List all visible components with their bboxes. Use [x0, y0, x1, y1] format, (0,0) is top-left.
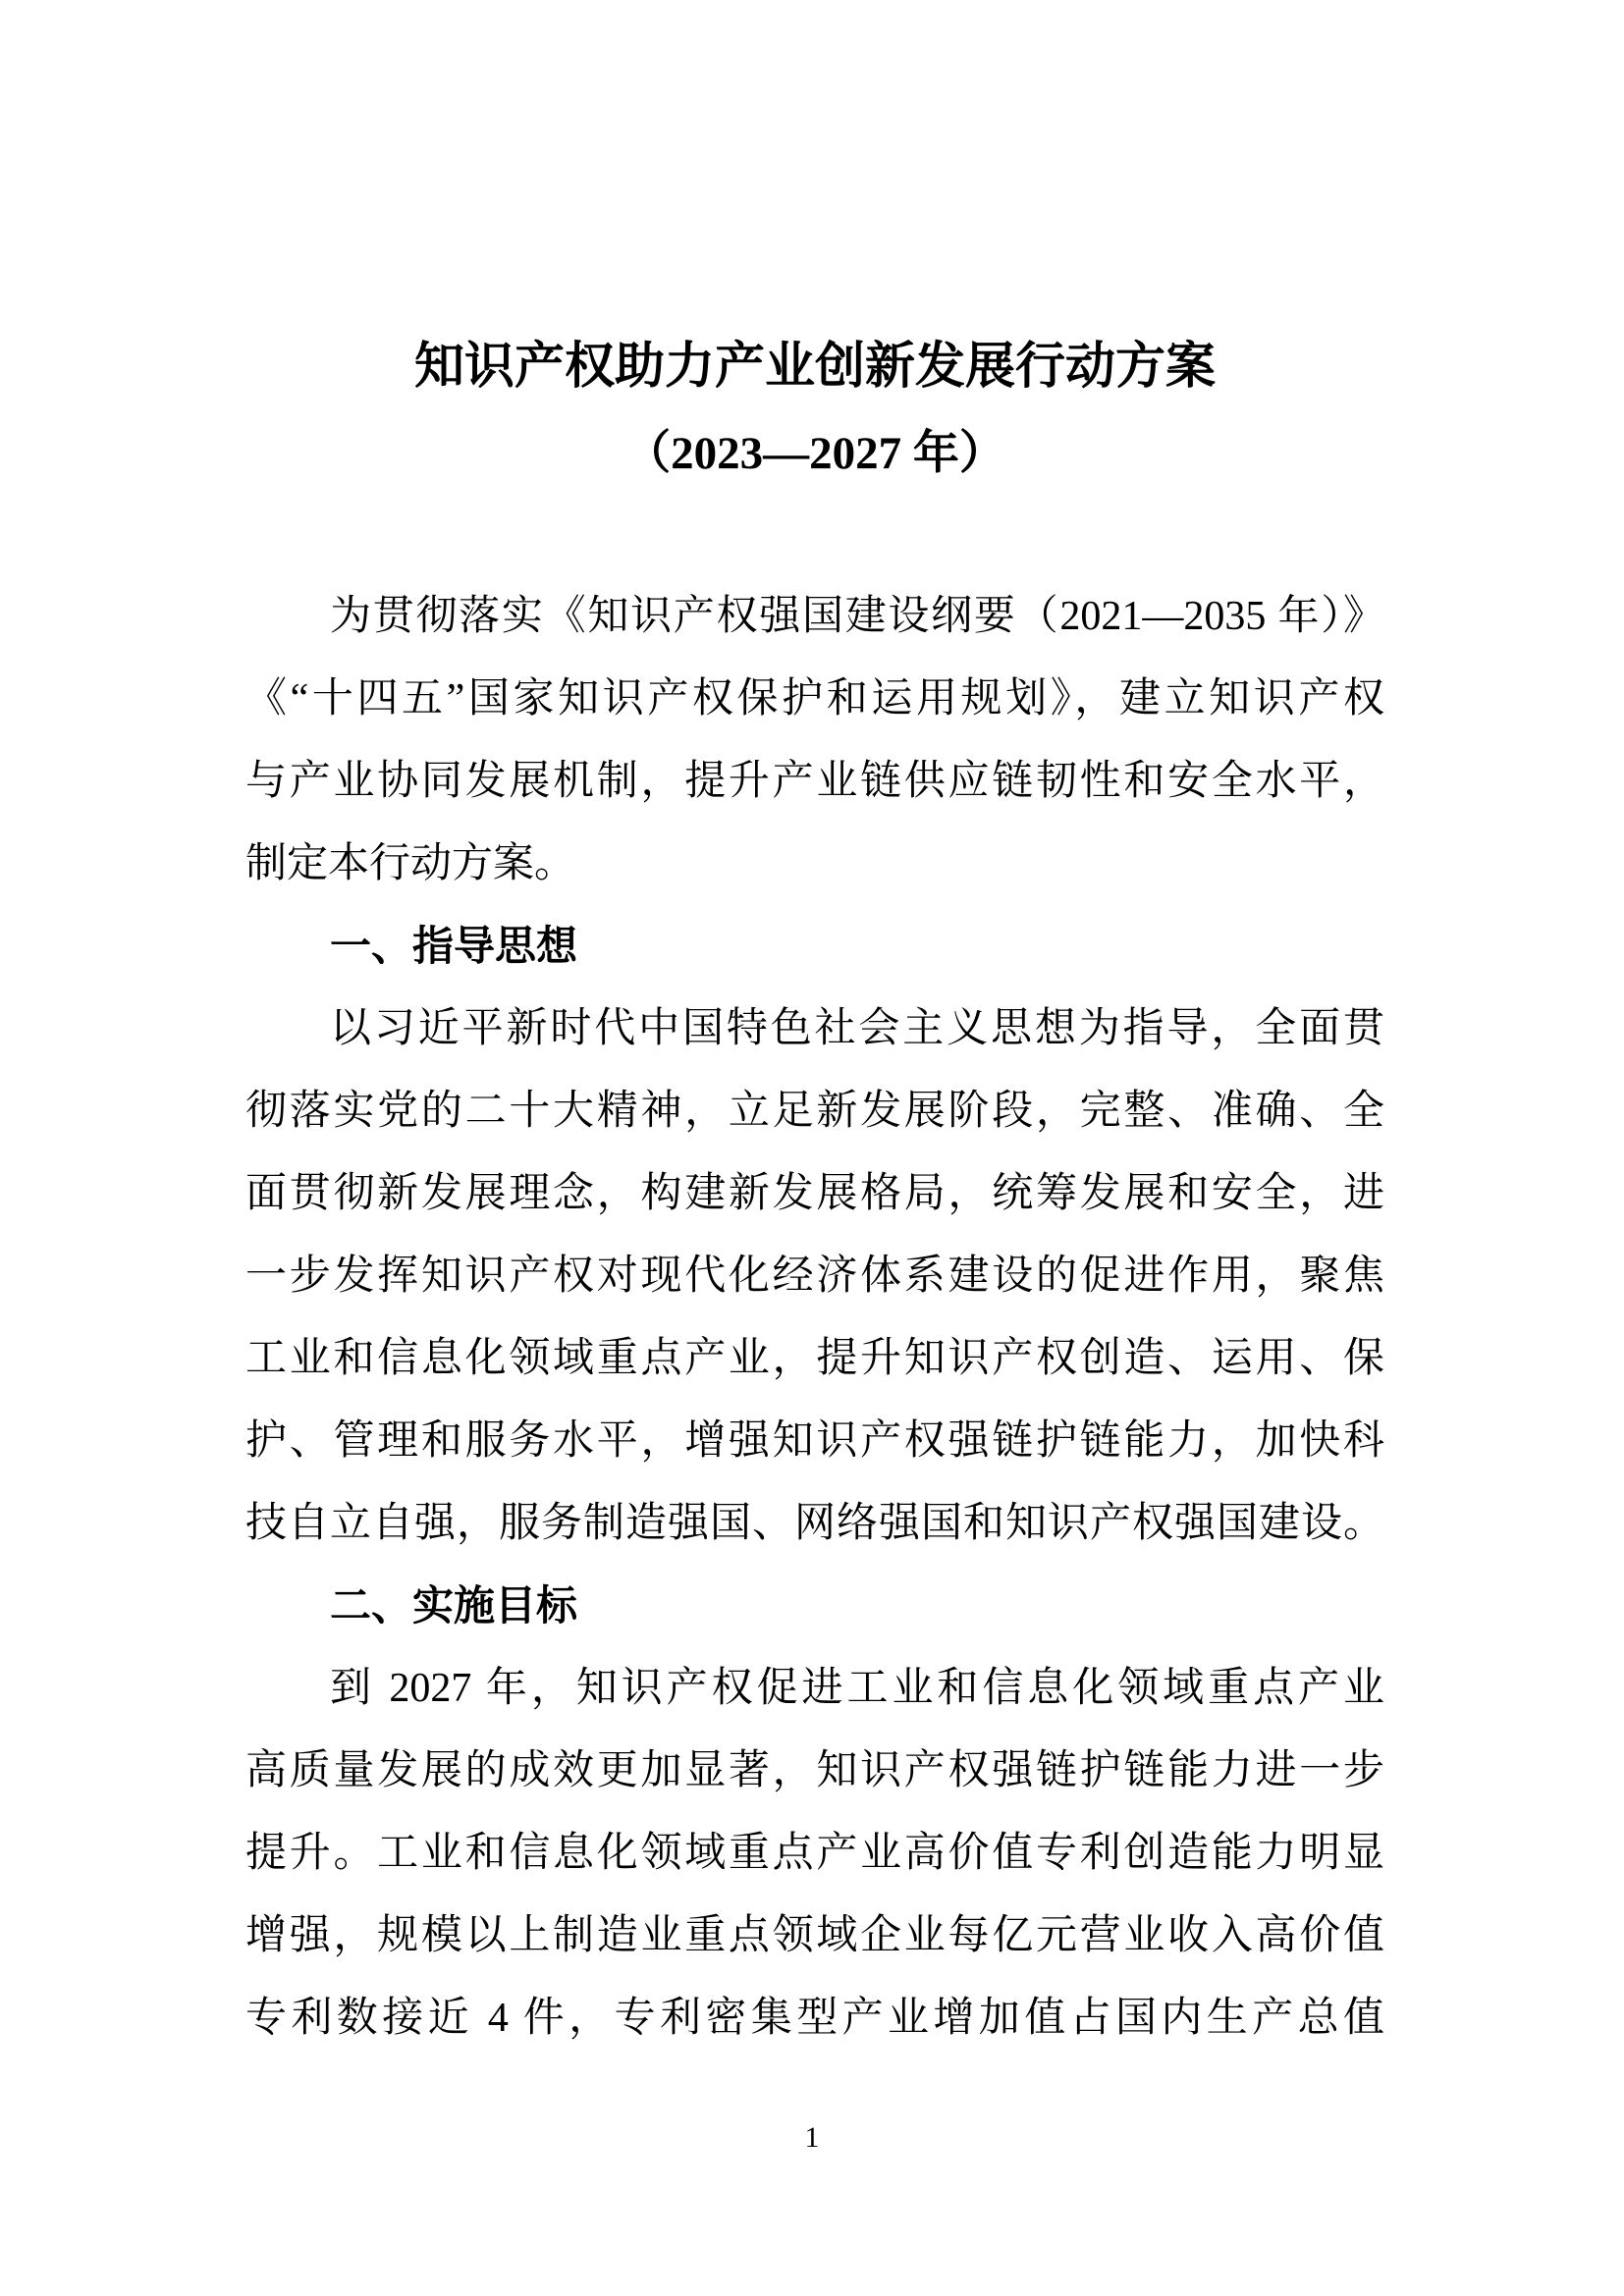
body-line: 为贯彻落实《知识产权强国建设纲要（2021—2035 年）》 [245, 575, 1384, 658]
document-title: 知识产权助力产业创新发展行动方案 [245, 324, 1384, 410]
body-line: 增强，规模以上制造业重点领域企业每亿元营业收入高价值 [245, 1895, 1384, 1977]
body-line: 专利数接近 4 件，专利密集型产业增加值占国内生产总值 [245, 1977, 1384, 2059]
body-line: 工业和信息化领域重点产业，提升知识产权创造、运用、保 [245, 1317, 1384, 1400]
body-line: 技自立自强，服务制造强国、网络强国和知识产权强国建设。 [245, 1482, 1384, 1565]
section-heading-implementation-goals: 二、实施目标 [245, 1565, 1384, 1647]
body-line: 《“十四五”国家知识产权保护和运用规划》，建立知识产权 [245, 658, 1384, 740]
body-line: 彻落实党的二十大精神，立足新发展阶段，完整、准确、全 [245, 1070, 1384, 1152]
page-number: 1 [0, 2116, 1624, 2160]
body-line: 与产业协同发展机制，提升产业链供应链韧性和安全水平， [245, 740, 1384, 823]
section-heading-guiding-ideology: 一、指导思想 [245, 905, 1384, 988]
body-line: 高质量发展的成效更加显著，知识产权强链护链能力进一步 [245, 1730, 1384, 1812]
body-line: 提升。工业和信息化领域重点产业高价值专利创造能力明显 [245, 1812, 1384, 1895]
document-page: 知识产权助力产业创新发展行动方案 （2023—2027 年） 为贯彻落实《知识产… [0, 0, 1624, 2296]
body-line: 制定本行动方案。 [245, 823, 1384, 905]
document-body: 为贯彻落实《知识产权强国建设纲要（2021—2035 年）》 《“十四五”国家知… [245, 575, 1384, 2059]
body-line: 以习近平新时代中国特色社会主义思想为指导，全面贯 [245, 988, 1384, 1070]
body-line: 一步发挥知识产权对现代化经济体系建设的促进作用，聚焦 [245, 1235, 1384, 1317]
body-line: 到 2027 年，知识产权促进工业和信息化领域重点产业 [245, 1647, 1384, 1730]
body-line: 护、管理和服务水平，增强知识产权强链护链能力，加快科 [245, 1400, 1384, 1482]
body-line: 面贯彻新发展理念，构建新发展格局，统筹发展和安全，进 [245, 1152, 1384, 1235]
document-subtitle: （2023—2027 年） [245, 410, 1384, 497]
